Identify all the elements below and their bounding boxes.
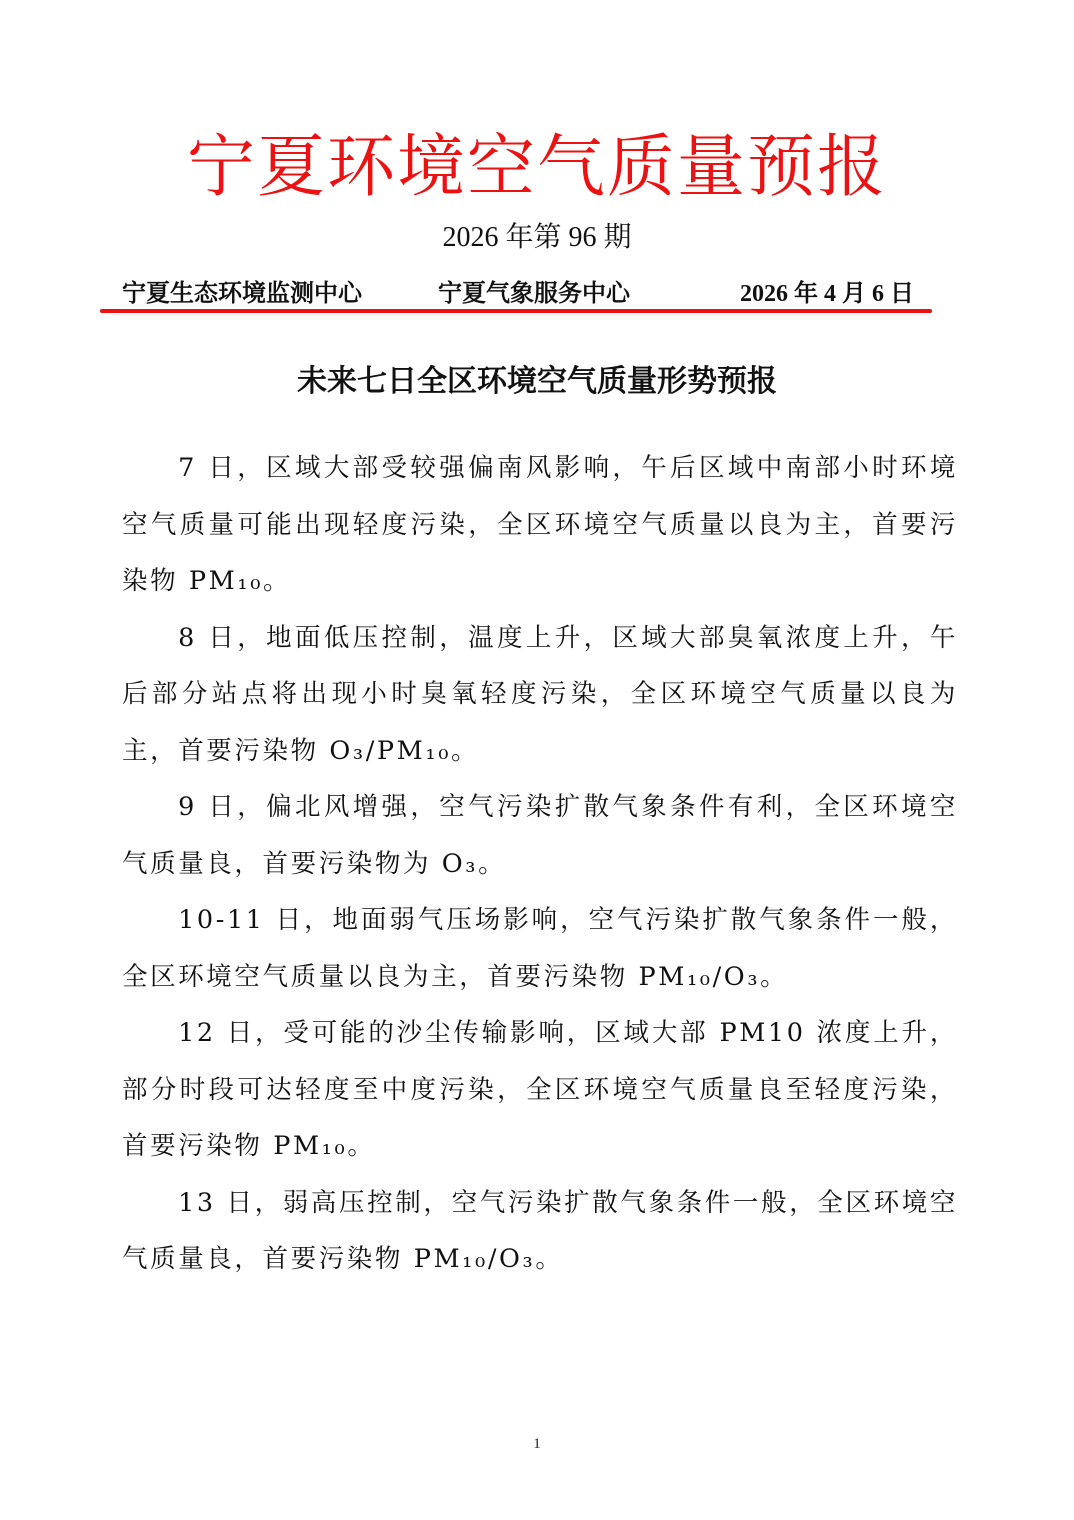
masthead-title: 宁夏环境空气质量预报 [0,128,1074,208]
publish-date: 2026 年 4 月 6 日 [740,278,914,310]
publisher-meteorological-center: 宁夏气象服务中心 [438,278,630,310]
publisher-monitoring-center: 宁夏生态环境监测中心 [122,278,362,310]
forecast-paragraph-day9: 9 日，偏北风增强，空气污染扩散气象条件有利，全区环境空气质量良，首要污染物为 … [122,779,958,892]
page-number: 1 [0,1436,1074,1453]
red-divider [100,309,932,313]
document-subtitle: 未来七日全区环境空气质量形势预报 [0,360,1074,404]
forecast-paragraph-day12: 12 日，受可能的沙尘传输影响，区域大部 PM10 浓度上升，部分时段可达轻度至… [122,1005,958,1175]
forecast-body: 7 日，区域大部受较强偏南风影响，午后区域中南部小时环境空气质量可能出现轻度污染… [122,440,958,1288]
forecast-paragraph-day13: 13 日，弱高压控制，空气污染扩散气象条件一般，全区环境空气质量良，首要污染物 … [122,1175,958,1288]
publisher-row: 宁夏生态环境监测中心 宁夏气象服务中心 2026 年 4 月 6 日 [122,278,922,310]
issue-number: 2026 年第 96 期 [0,220,1074,256]
forecast-paragraph-day10-11: 10-11 日，地面弱气压场影响，空气污染扩散气象条件一般，全区环境空气质量以良… [122,892,958,1005]
forecast-paragraph-day8: 8 日，地面低压控制，温度上升，区域大部臭氧浓度上升，午后部分站点将出现小时臭氧… [122,610,958,780]
forecast-paragraph-day7: 7 日，区域大部受较强偏南风影响，午后区域中南部小时环境空气质量可能出现轻度污染… [122,440,958,610]
